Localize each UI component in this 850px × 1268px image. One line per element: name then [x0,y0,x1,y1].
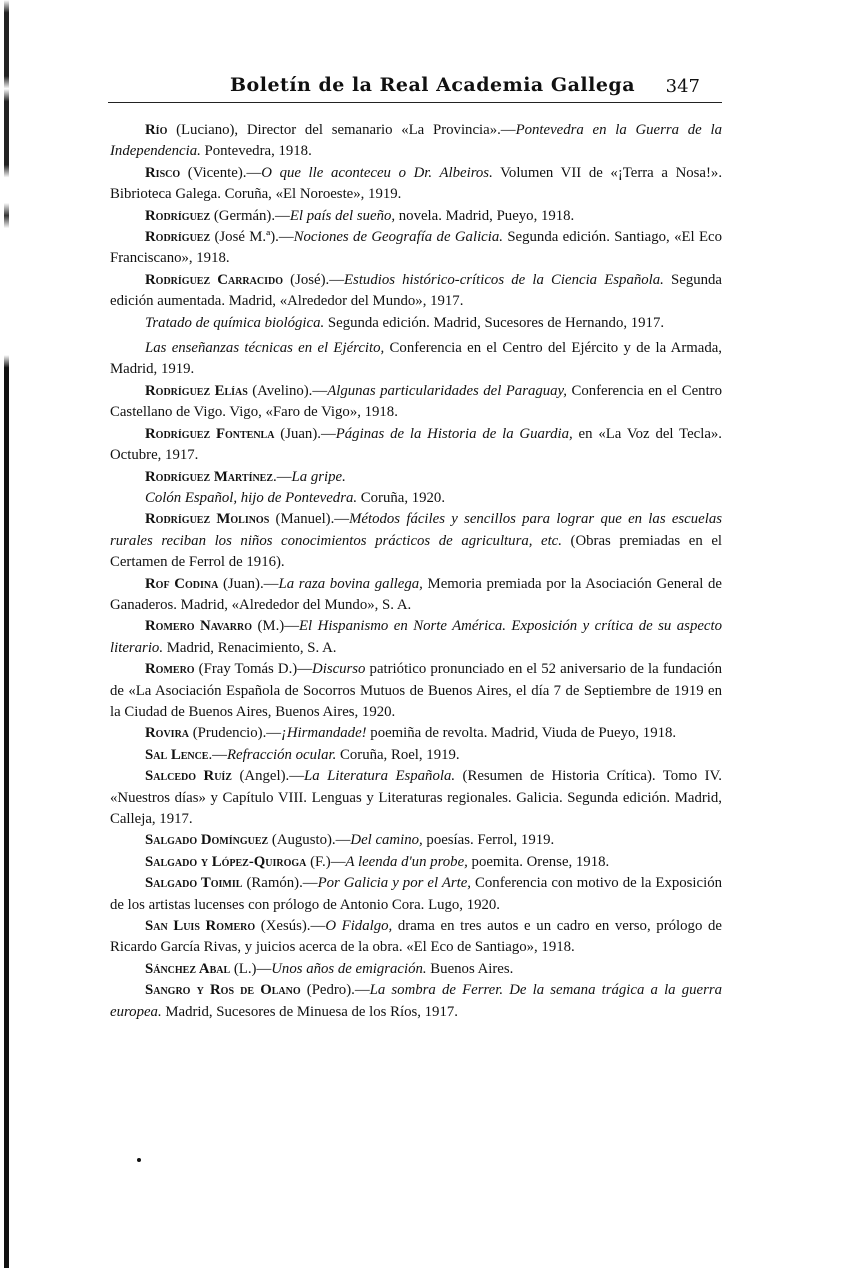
bibliography-entry: Rodríguez Elías (Avelino).—Algunas parti… [110,381,722,424]
entry-paren: (Ramón).— [242,875,317,891]
bibliography-entry: Salcedo Ruíz (Angel).—La Literatura Espa… [110,766,722,830]
entry-author: Sangro y Ros de Olano [145,982,301,998]
bibliography-entry: Romero (Fray Tomás D.)—Discurso patrióti… [110,659,722,723]
entry-author: Sánchez Abal [145,961,230,977]
entry-rest: Coruña, Roel, 1919. [336,747,459,763]
bibliography-entry: Rodríguez (Germán).—El país del sueño, n… [110,206,722,227]
entry-paren: (José).— [283,272,344,288]
entry-paren: (Juan).— [274,426,335,442]
bibliography-entry: Colón Español, hijo de Pontevedra. Coruñ… [110,488,722,509]
entry-paren: (Juan).— [218,576,278,592]
entry-author: Salgado y López-Quiroga [145,854,306,870]
entry-rest: poemita. Orense, 1918. [468,854,609,870]
entry-rest: poemiña de revolta. Madrid, Viuda de Pue… [367,725,677,741]
entry-rest: Madrid, Sucesores de Minuesa de los Ríos… [162,1004,458,1020]
entry-paren: (Augusto).— [268,832,350,848]
entry-paren: .— [273,469,292,485]
entry-author: Salgado Domínguez [145,832,268,848]
bibliography-entry: Rodríguez Carracido (José).—Estudios his… [110,270,722,313]
entry-author: Rof Codina [145,576,218,592]
bibliography-entry: Tratado de química biológica. Segunda ed… [110,313,722,334]
entry-paren: (Luciano), Director del semanario «La Pr… [167,122,515,138]
entry-rest: Pontevedra, 1918. [201,143,312,159]
entry-rest: poesías. Ferrol, 1919. [423,832,555,848]
entry-author: Rodríguez Martínez [145,469,273,485]
entry-author: Rodríguez Carracido [145,272,283,288]
bibliography-entry: Rodríguez (José M.ª).—Nociones de Geogra… [110,227,722,270]
ink-speck [137,1158,141,1162]
entry-rest: Coruña, 1920. [357,490,445,506]
entry-author: Rodríguez Molinos [145,511,269,527]
entry-paren: (Fray Tomás D.)— [195,661,312,677]
entry-title: La Literatura Española. [304,768,455,784]
bibliography-entry: Sánchez Abal (L.)—Unos años de emigració… [110,959,722,980]
entry-title: ¡Hirmandade! [281,725,367,741]
entry-author: Salgado Toimil [145,875,242,891]
entry-title: Las enseñanzas técnicas en el Ejército, [145,340,384,356]
bibliography-entry: Rof Codina (Juan).—La raza bovina galleg… [110,574,722,617]
entry-title: Discurso [312,661,365,677]
bibliography-entry: Sal Lence.—Refracción ocular. Coruña, Ro… [110,745,722,766]
entry-title: Refracción ocular. [227,747,336,763]
bibliography-entry: Risco (Vicente).—O que lle aconteceu o D… [110,163,722,206]
entry-author: Salcedo Ruíz [145,768,232,784]
entry-title: Colón Español, hijo de Pontevedra. [145,490,357,506]
entry-title: Estudios histórico-críticos de la Cienci… [344,272,664,288]
bibliography-entry: Sangro y Ros de Olano (Pedro).—La sombra… [110,980,722,1023]
entry-title: El país del sueño, [290,208,395,224]
entry-paren: (Germán).— [210,208,290,224]
entry-author: San Luis Romero [145,918,255,934]
journal-title: Boletín de la Real Academia Gallega [230,74,635,96]
bibliography-list: Río (Luciano), Director del semanario «L… [110,120,722,1023]
entry-paren: (F.)— [306,854,345,870]
bibliography-entry: Romero Navarro (M.)—El Hispanismo en Nor… [110,616,722,659]
entry-author: Romero Navarro [145,618,252,634]
entry-author: Rovira [145,725,189,741]
entry-paren: (M.)— [252,618,299,634]
entry-title: La raza bovina gallega, [278,576,422,592]
entry-paren: (Vicente).— [180,165,261,181]
bibliography-entry: Río (Luciano), Director del semanario «L… [110,120,722,163]
running-header: Boletín de la Real Academia Gallega 347 [108,72,722,103]
page-number: 347 [666,76,700,97]
entry-author: Rodríguez [145,229,210,245]
entry-title: Nociones de Geografía de Galicia. [294,229,503,245]
entry-title: A leenda d'un probe, [346,854,468,870]
bibliography-entry: Rodríguez Molinos (Manuel).—Métodos fáci… [110,509,722,573]
bibliography-entry: Salgado Toimil (Ramón).—Por Galicia y po… [110,873,722,916]
entry-title: O que lle aconteceu o Dr. Albeiros. [261,165,493,181]
entry-author: Rodríguez Elías [145,383,248,399]
bibliography-entry: Rodríguez Fontenla (Juan).—Páginas de la… [110,424,722,467]
bibliography-entry: Rodríguez Martínez.—La gripe. [110,467,722,488]
entry-title: O Fidalgo, [325,918,392,934]
entry-author: Risco [145,165,180,181]
entry-author: Río [145,122,167,138]
entry-author: Rodríguez Fontenla [145,426,274,442]
entry-paren: (Prudencio).— [189,725,281,741]
entry-author: Romero [145,661,195,677]
scanned-page-edge [4,0,9,1268]
bibliography-entry: Salgado y López-Quiroga (F.)—A leenda d'… [110,852,722,873]
entry-paren: (Angel).— [232,768,304,784]
entry-paren: (Xesús).— [255,918,325,934]
entry-title: Páginas de la Historia de la Guardia, [336,426,573,442]
bibliography-entry: Rovira (Prudencio).—¡Hirmandade! poemiña… [110,723,722,744]
bibliography-entry: Las enseñanzas técnicas en el Ejército, … [110,338,722,381]
entry-paren: .— [208,747,227,763]
entry-title: Del camino, [350,832,422,848]
entry-paren: (Pedro).— [301,982,370,998]
bibliography-entry: Salgado Domínguez (Augusto).—Del camino,… [110,830,722,851]
bibliography-entry: San Luis Romero (Xesús).—O Fidalgo, dram… [110,916,722,959]
entry-paren: (José M.ª).— [210,229,293,245]
entry-title: La gripe. [292,469,346,485]
entry-paren: (Avelino).— [248,383,327,399]
entry-title: Unos años de emigración. [271,961,426,977]
entry-rest: Buenos Aires. [427,961,514,977]
entry-title: Tratado de química biológica. [145,315,324,331]
entry-author: Sal Lence [145,747,208,763]
entry-author: Rodríguez [145,208,210,224]
entry-paren: (Manuel).— [269,511,349,527]
entry-rest: Segunda edición. Madrid, Sucesores de He… [324,315,664,331]
entry-title: Por Galicia y por el Arte, [318,875,471,891]
entry-rest: novela. Madrid, Pueyo, 1918. [395,208,574,224]
entry-rest: Madrid, Renacimiento, S. A. [163,640,336,656]
entry-title: Algunas particularidades del Paraguay, [327,383,567,399]
entry-paren: (L.)— [230,961,271,977]
